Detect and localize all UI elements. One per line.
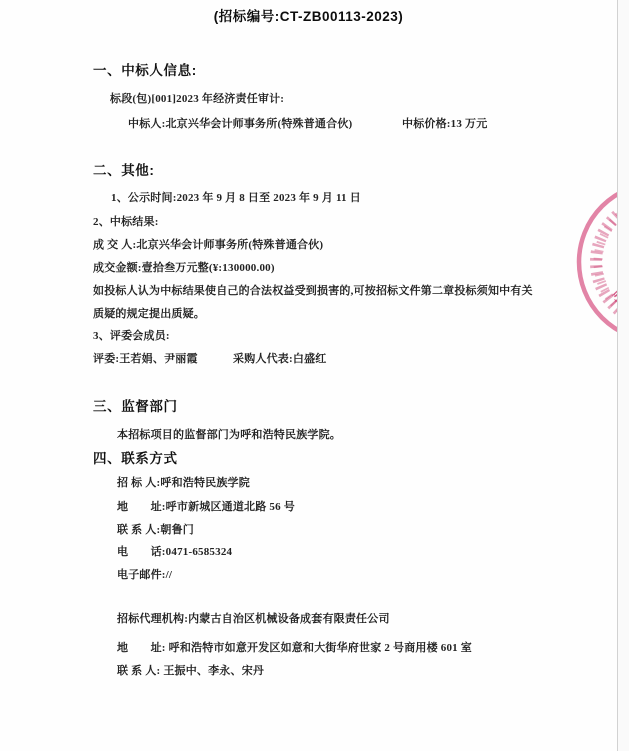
tenderer-line: 招 标 人:呼和浩特民族学院 [117, 476, 250, 490]
winner-price: 中标价格:13 万元 [402, 117, 487, 131]
supervision-body-line: 本招标项目的监督部门为呼和浩特民族学院。 [117, 428, 341, 442]
page-edge-margin [618, 0, 629, 751]
purchaser-representative: 采购人代表:白盛红 [233, 352, 326, 366]
deal-winner-line: 成 交 人:北京兴华会计师事务所(特殊普通合伙) [93, 238, 323, 252]
tender-number-heading: (招标编号:CT-ZB00113-2023) [0, 10, 617, 24]
winner-name: 中标人:北京兴华会计师事务所(特殊普通合伙) [128, 117, 352, 131]
tenderer-contact-line: 联 系 人:朝鲁门 [117, 523, 194, 537]
document-page: (招标编号:CT-ZB00113-2023) 一、中标人信息: 标段(包)[00… [0, 0, 629, 751]
committee-title-line: 3、评委会成员: [93, 329, 170, 343]
lot-line: 标段(包)[001]2023 年经济责任审计: [110, 92, 284, 106]
tenderer-email-line: 电子邮件:// [117, 568, 172, 582]
section3-heading: 三、监督部门 [93, 400, 178, 414]
objection-paragraph-line1: 如投标人认为中标结果使自己的合法权益受到损害的,可按招标文件第二章投标须知中有关 [93, 284, 533, 298]
publicity-period-line: 1、公示时间:2023 年 9 月 8 日至 2023 年 9 月 11 日 [111, 191, 361, 205]
section1-heading: 一、中标人信息: [93, 64, 197, 78]
objection-paragraph-line2: 质疑的规定提出质疑。 [93, 307, 205, 321]
agency-address-line: 地 址: 呼和浩特市如意开发区如意和大街华府世家 2 号商用楼 601 室 [117, 641, 472, 655]
deal-amount-line: 成交金额:壹拾叁万元整(¥:130000.00) [93, 261, 275, 275]
section4-heading: 四、联系方式 [93, 452, 178, 466]
agency-line: 招标代理机构:内蒙古自治区机械设备成套有限责任公司 [117, 612, 390, 626]
tenderer-address-line: 地 址:呼市新城区通道北路 56 号 [117, 500, 295, 514]
result-title-line: 2、中标结果: [93, 215, 159, 229]
judges-names: 评委:王若娟、尹丽霞 [93, 352, 198, 366]
tenderer-phone-line: 电 话:0471-6585324 [117, 545, 232, 559]
agency-contacts-line: 联 系 人: 王振中、李永、宋丹 [117, 664, 264, 678]
section2-heading: 二、其他: [93, 164, 155, 178]
